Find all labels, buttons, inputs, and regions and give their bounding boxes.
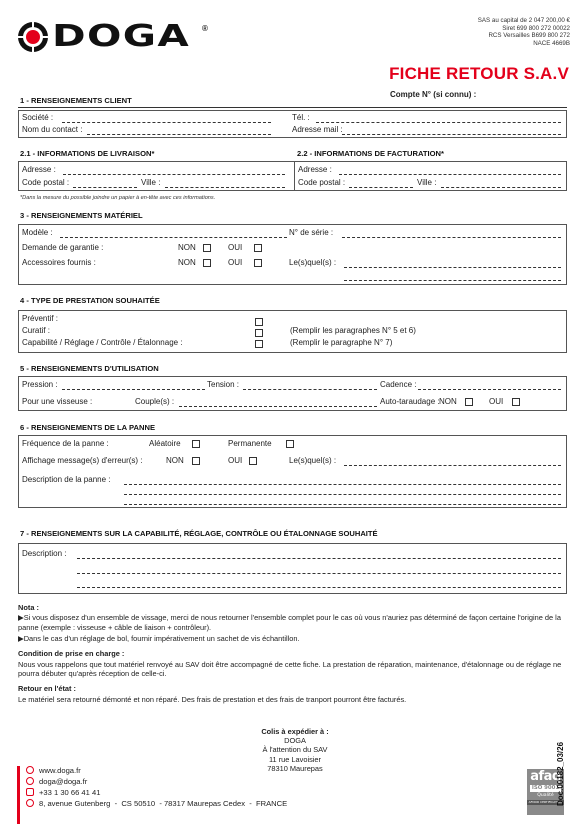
client-info-box: Société : Tél. : Nom du contact : Adress… (18, 110, 567, 138)
email-text: doga@doga.fr (39, 777, 87, 786)
error-which-label: Le(s)quel(s) : (289, 456, 336, 465)
permanent-label: Permanente (228, 439, 272, 448)
nota-item-2-text: Dans le cas d'un réglage de bol, fournir… (24, 634, 300, 643)
contact-label: Nom du contact : (22, 125, 82, 134)
self-tapping-no-label: NON (439, 397, 457, 406)
error-yes-label: OUI (228, 456, 242, 465)
failure-description-field-1[interactable] (124, 484, 561, 485)
nota-item-1-text: Si vous disposez d'un ensemble de vissag… (18, 613, 561, 631)
model-label: Modèle : (22, 228, 53, 237)
accessories-which-label: Le(s)quel(s) : (289, 258, 336, 267)
capability-box: Description : (18, 543, 567, 594)
random-checkbox[interactable] (192, 440, 200, 448)
capability-description-field-1[interactable] (77, 558, 561, 559)
phone-text: +33 1 30 66 41 41 (39, 788, 100, 797)
failure-description-field-2[interactable] (124, 494, 561, 495)
accessories-label: Accessoires fournis : (22, 258, 96, 267)
capability-label: Capabilité / Réglage / Contrôle / Étalon… (22, 338, 183, 347)
delivery-address-label: Adresse : (22, 165, 56, 174)
shipping-title: Colis à expédier à : (230, 727, 360, 736)
serial-field[interactable] (342, 237, 561, 238)
company-capital: SAS au capital de 2 047 200,00 € (478, 17, 570, 25)
shipping-line: 11 rue Lavoisier (230, 755, 360, 764)
curative-label: Curatif : (22, 326, 50, 335)
delivery-city-label: Ville : (141, 178, 160, 187)
accessories-yes-checkbox[interactable] (254, 259, 262, 267)
return-title: Retour en l'état : (18, 684, 570, 693)
capability-checkbox[interactable] (255, 340, 263, 348)
section-2-2-title: 2.2 - INFORMATIONS DE FACTURATION* (297, 149, 444, 158)
warranty-yes-label: OUI (228, 243, 242, 252)
curative-checkbox[interactable] (255, 329, 263, 337)
self-tapping-label: Auto-taraudage : (380, 397, 440, 406)
delivery-address-field[interactable] (63, 174, 285, 175)
service-type-box: Préventif : Curatif : (Remplir les parag… (18, 310, 567, 353)
warranty-label: Demande de garantie : (22, 243, 103, 252)
section-1-title: 1 - RENSEIGNEMENTS CLIENT (20, 96, 132, 105)
societe-label: Société : (22, 113, 53, 122)
billing-city-label: Ville : (417, 178, 436, 187)
billing-address-label: Adresse : (298, 165, 332, 174)
shipping-line: DOGA (230, 736, 360, 745)
nota-title: Nota : (18, 603, 570, 612)
error-yes-checkbox[interactable] (249, 457, 257, 465)
address-divider (294, 162, 295, 190)
voltage-field[interactable] (243, 389, 377, 390)
delivery-postal-label: Code postal : (22, 178, 69, 187)
company-info: SAS au capital de 2 047 200,00 € Siret 6… (478, 17, 570, 47)
accessories-no-label: NON (178, 258, 196, 267)
failure-description-field-3[interactable] (124, 504, 561, 505)
email-field[interactable] (342, 134, 561, 135)
capability-hint: (Remplir le paragraphe N° 7) (290, 338, 392, 347)
error-no-checkbox[interactable] (192, 457, 200, 465)
location-pin-icon (26, 799, 34, 807)
preventive-checkbox[interactable] (255, 318, 263, 326)
rate-field[interactable] (418, 389, 561, 390)
shipping-line: À l'attention du SAV (230, 745, 360, 754)
failure-box: Fréquence de la panne : Aléatoire Perman… (18, 435, 567, 508)
document-title: FICHE RETOUR S.A.V (389, 64, 569, 84)
warranty-no-label: NON (178, 243, 196, 252)
delivery-postal-field[interactable] (73, 187, 137, 188)
serial-label: N° de série : (289, 228, 333, 237)
mail-icon (26, 777, 34, 785)
company-nace: NACE 4669B (478, 40, 570, 48)
address-footnote: *Dans la mesure du possible joindre un p… (20, 195, 215, 201)
voltage-label: Tension : (207, 380, 239, 389)
warranty-yes-checkbox[interactable] (254, 244, 262, 252)
registered-mark: ® (202, 24, 208, 33)
target-logo-icon (18, 22, 48, 52)
usage-box: Pression : Tension : Cadence : Pour une … (18, 376, 567, 411)
delivery-city-field[interactable] (165, 187, 285, 188)
address-text: 8, avenue Gutenberg - CS 50510 - 78317 M… (39, 799, 287, 808)
company-siret: Siret 699 800 272 00022 (478, 25, 570, 33)
footer-phone[interactable]: +33 1 30 66 41 41 (26, 787, 287, 798)
billing-city-field[interactable] (441, 187, 561, 188)
company-rcs: RCS Versailles B699 800 272 (478, 32, 570, 40)
equipment-box: Modèle : N° de série : Demande de garant… (18, 224, 567, 285)
self-tapping-no-checkbox[interactable] (465, 398, 473, 406)
contact-field[interactable] (87, 134, 271, 135)
section-6-title: 6 - RENSEIGNEMENTS DE LA PANNE (20, 423, 155, 432)
footer-accent-bar (17, 766, 20, 824)
footer-website[interactable]: www.doga.fr (26, 765, 287, 776)
frequency-label: Fréquence de la panne : (22, 439, 109, 448)
societe-field[interactable] (62, 122, 271, 123)
section-3-title: 3 - RENSEIGNEMENTS MATÉRIEL (20, 211, 143, 220)
permanent-checkbox[interactable] (286, 440, 294, 448)
pressure-label: Pression : (22, 380, 58, 389)
accessories-which-field-2[interactable] (344, 280, 561, 281)
section-7-title: 7 - RENSEIGNEMENTS SUR LA CAPABILITÉ, RÉ… (20, 529, 378, 538)
email-label: Adresse mail : (292, 125, 343, 134)
footer-contacts: www.doga.fr doga@doga.fr +33 1 30 66 41 … (26, 765, 287, 809)
section-5-title: 5 - RENSEIGNEMENTS D'UTILISATION (20, 364, 159, 373)
rate-label: Cadence : (380, 380, 416, 389)
self-tapping-yes-checkbox[interactable] (512, 398, 520, 406)
globe-icon (26, 766, 34, 774)
billing-address-field[interactable] (339, 174, 561, 175)
capability-description-field-3[interactable] (77, 587, 561, 588)
self-tapping-yes-label: OUI (489, 397, 503, 406)
accessories-no-checkbox[interactable] (203, 259, 211, 267)
return-text: Le matériel sera retourné démonté et non… (18, 695, 570, 704)
notes-block: Nota : ▶Si vous disposez d'un ensemble d… (18, 603, 570, 705)
torque-label: Couple(s) : (135, 397, 174, 406)
screwdriver-label: Pour une visseuse : (22, 397, 92, 406)
accessories-which-field-1[interactable] (344, 267, 561, 268)
warranty-no-checkbox[interactable] (203, 244, 211, 252)
address-box: Adresse : Code postal : Ville : Adresse … (18, 161, 567, 191)
condition-text: Nous vous rappelons que tout matériel re… (18, 660, 570, 679)
condition-title: Condition de prise en charge : (18, 649, 570, 658)
capability-description-field-2[interactable] (77, 573, 561, 574)
website-text: www.doga.fr (39, 766, 81, 775)
tel-label: Tél. : (292, 113, 310, 122)
billing-postal-label: Code postal : (298, 178, 345, 187)
doga-logo: DOGA (18, 22, 154, 52)
account-number-label: Compte N° (si connu) : (390, 90, 476, 99)
capability-description-label: Description : (22, 549, 66, 558)
section-1-rule (18, 107, 567, 108)
nota-item-1: ▶Si vous disposez d'un ensemble de vissa… (18, 613, 570, 632)
document-reference: Doc.00182_03/26 (556, 742, 565, 806)
error-no-label: NON (166, 456, 184, 465)
model-field[interactable] (60, 237, 287, 238)
brand-name: DOGA (52, 22, 190, 52)
footer-email[interactable]: doga@doga.fr (26, 776, 287, 787)
footer-address: 8, avenue Gutenberg - CS 50510 - 78317 M… (26, 798, 287, 809)
pressure-field[interactable] (62, 389, 205, 390)
failure-description-label: Description de la panne : (22, 475, 111, 484)
nota-item-2: ▶Dans le cas d'un réglage de bol, fourni… (18, 634, 570, 643)
phone-icon (26, 788, 34, 796)
section-4-title: 4 - TYPE DE PRESTATION SOUHAITÉE (20, 296, 160, 305)
error-which-field[interactable] (344, 465, 561, 466)
preventive-label: Préventif : (22, 314, 58, 323)
curative-hint: (Remplir les paragraphes N° 5 et 6) (290, 326, 416, 335)
accessories-yes-label: OUI (228, 258, 242, 267)
section-2-1-title: 2.1 - INFORMATIONS DE LIVRAISON* (20, 149, 154, 158)
random-label: Aléatoire (149, 439, 181, 448)
error-display-label: Affichage message(s) d'erreur(s) : (22, 456, 143, 465)
billing-postal-field[interactable] (349, 187, 413, 188)
torque-field[interactable] (179, 406, 377, 407)
tel-field[interactable] (316, 122, 561, 123)
